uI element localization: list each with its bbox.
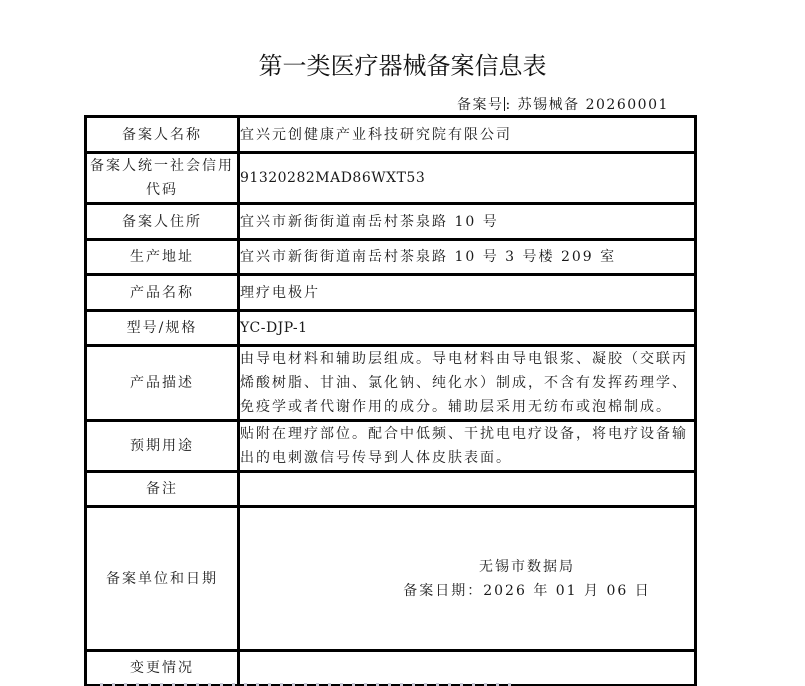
row-label-model-spec: 型号/规格 [86,311,239,346]
row-label-filer-address: 备案人住所 [86,204,239,240]
table-row: 生产地址 宜兴市新街街道南岳村茶泉路 10 号 3 号楼 209 室 [86,240,696,275]
table-row: 产品名称 理疗电极片 [86,275,696,311]
row-value-product-name: 理疗电极片 [239,275,696,311]
table-row: 备案人名称 宜兴元创健康产业科技研究院有限公司 [86,117,696,153]
table-row: 备注 [86,472,696,507]
record-number: 备案号: 苏锡械备 20260001 [457,94,669,114]
row-label-filing-unit-date: 备案单位和日期 [86,507,239,651]
row-label-product-description: 产品描述 [86,346,239,421]
row-value-filing-unit-date: 无锡市数据局 备案日期：2026 年 01 月 06 日 [239,507,696,651]
row-label-remarks: 备注 [86,472,239,507]
row-value-filer-address: 宜兴市新街街道南岳村茶泉路 10 号 [239,204,696,240]
row-value-remarks [239,472,696,507]
filing-info-table: 备案人名称 宜兴元创健康产业科技研究院有限公司 备案人统一社会信用代码 9132… [84,115,697,686]
row-value-model-spec: YC-DJP-1 [239,311,696,346]
row-label-production-address: 生产地址 [86,240,239,275]
table-row: 备案单位和日期 无锡市数据局 备案日期：2026 年 01 月 06 日 [86,507,696,651]
record-number-value: 苏锡械备 20260001 [518,97,669,113]
record-number-colon: : [506,97,512,113]
table-row: 备案人统一社会信用代码 91320282MAD86WXT53 [86,153,696,204]
row-value-product-description: 由导电材料和辅助层组成。导电材料由导电银浆、凝胶（交联丙烯酸树脂、甘油、氯化钠、… [239,346,696,421]
row-label-change-history: 变更情况 [86,651,239,686]
document-title: 第一类医疗器械备案信息表 [0,46,805,81]
row-value-credit-code: 91320282MAD86WXT53 [239,153,696,204]
row-label-filer-name: 备案人名称 [86,117,239,153]
row-value-change-history [239,651,696,686]
row-value-production-address: 宜兴市新街街道南岳村茶泉路 10 号 3 号楼 209 室 [239,240,696,275]
row-value-intended-use: 贴附在理疗部位。配合中低频、干扰电电疗设备，将电疗设备输出的电刺激信号传导到人体… [239,421,696,472]
table-row: 备案人住所 宜兴市新街街道南岳村茶泉路 10 号 [86,204,696,240]
table-row: 预期用途 贴附在理疗部位。配合中低频、干扰电电疗设备，将电疗设备输出的电刺激信号… [86,421,696,472]
filing-unit-block: 无锡市数据局 备案日期：2026 年 01 月 06 日 [240,555,694,603]
table-row: 变更情况 [86,651,696,686]
row-value-filer-name: 宜兴元创健康产业科技研究院有限公司 [239,117,696,153]
table-row: 产品描述 由导电材料和辅助层组成。导电材料由导电银浆、凝胶（交联丙烯酸树脂、甘油… [86,346,696,421]
text-cursor [504,97,505,111]
row-label-intended-use: 预期用途 [86,421,239,472]
row-label-credit-code: 备案人统一社会信用代码 [86,153,239,204]
table-row: 型号/规格 YC-DJP-1 [86,311,696,346]
filing-department: 无锡市数据局 [360,555,694,579]
row-label-product-name: 产品名称 [86,275,239,311]
record-number-label: 备案号 [457,97,504,113]
filing-date: 备案日期：2026 年 01 月 06 日 [360,579,694,603]
